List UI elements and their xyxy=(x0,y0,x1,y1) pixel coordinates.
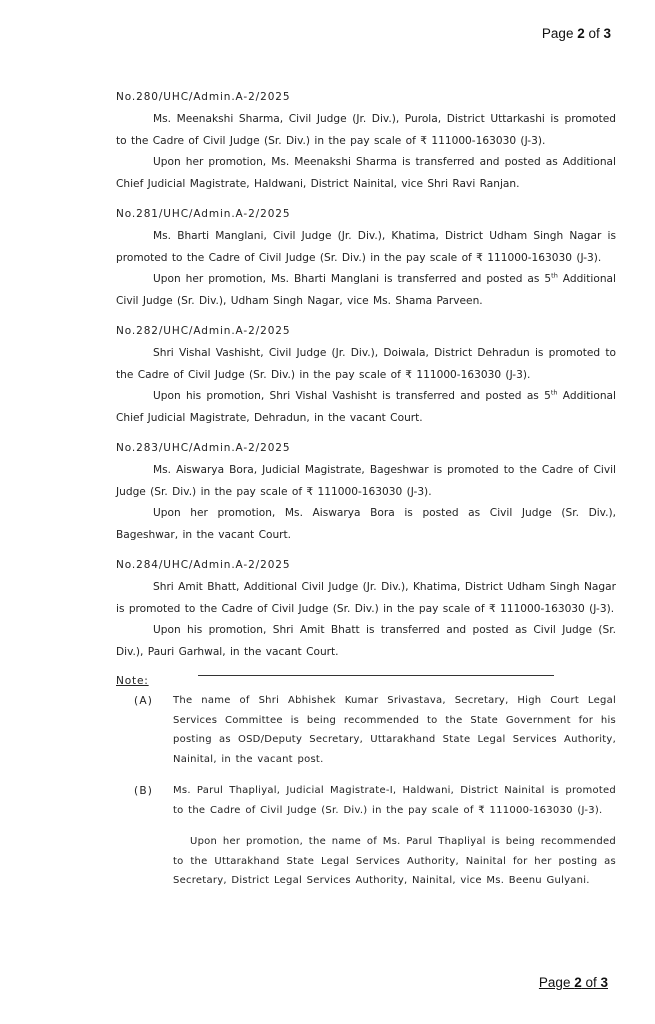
posting-paragraph: Upon his promotion, Shri Vishal Vashisht… xyxy=(116,386,616,429)
order-number: No.281/UHC/Admin.A-2/2025 xyxy=(116,205,616,223)
note-marker: (B) xyxy=(134,781,153,803)
page-total: 3 xyxy=(600,975,608,990)
order-number: No.283/UHC/Admin.A-2/2025 xyxy=(116,439,616,457)
posting-paragraph: Upon her promotion, Ms. Aiswarya Bora is… xyxy=(116,503,616,546)
document-body: No.280/UHC/Admin.A-2/2025 Ms. Meenakshi … xyxy=(116,88,616,891)
order-284: No.284/UHC/Admin.A-2/2025 Shri Amit Bhat… xyxy=(116,556,616,663)
promotion-paragraph: Ms. Meenakshi Sharma, Civil Judge (Jr. D… xyxy=(116,109,616,152)
order-number: No.282/UHC/Admin.A-2/2025 xyxy=(116,322,616,340)
page-of: of xyxy=(582,975,601,990)
note-subtext: Upon her promotion, the name of Ms. Paru… xyxy=(173,832,616,891)
ordinal-suffix: th xyxy=(551,271,558,279)
note-text: The name of Shri Abhishek Kumar Srivasta… xyxy=(173,691,616,769)
page-current: 2 xyxy=(577,26,585,41)
promotion-paragraph: Shri Amit Bhatt, Additional Civil Judge … xyxy=(116,577,616,620)
divider-line xyxy=(198,675,554,676)
posting-paragraph: Upon her promotion, Ms. Bharti Manglani … xyxy=(116,269,616,312)
note-text: Ms. Parul Thapliyal, Judicial Magistrate… xyxy=(173,781,616,820)
promotion-paragraph: Ms. Bharti Manglani, Civil Judge (Jr. Di… xyxy=(116,226,616,269)
posting-text: Upon her promotion, Ms. Bharti Manglani … xyxy=(153,273,551,285)
posting-text: Upon his promotion, Shri Vishal Vashisht… xyxy=(153,390,551,402)
posting-paragraph: Upon his promotion, Shri Amit Bhatt is t… xyxy=(116,620,616,663)
page-number-footer: Page 2 of 3 xyxy=(539,975,608,990)
page-label: Page xyxy=(539,975,574,990)
promotion-paragraph: Shri Vishal Vashisht, Civil Judge (Jr. D… xyxy=(116,343,616,386)
note-item-b: (B) Ms. Parul Thapliyal, Judicial Magist… xyxy=(116,781,616,820)
page-number-header: Page 2 of 3 xyxy=(542,26,611,41)
page-of: of xyxy=(585,26,604,41)
order-number: No.284/UHC/Admin.A-2/2025 xyxy=(116,556,616,574)
page-current: 2 xyxy=(574,975,582,990)
note-label: Note: xyxy=(116,675,149,687)
note-item-a: (A) The name of Shri Abhishek Kumar Sriv… xyxy=(116,691,616,769)
note-heading: Note: xyxy=(116,669,616,687)
order-282: No.282/UHC/Admin.A-2/2025 Shri Vishal Va… xyxy=(116,322,616,429)
order-283: No.283/UHC/Admin.A-2/2025 Ms. Aiswarya B… xyxy=(116,439,616,546)
posting-paragraph: Upon her promotion, Ms. Meenakshi Sharma… xyxy=(116,152,616,195)
page-total: 3 xyxy=(603,26,611,41)
order-280: No.280/UHC/Admin.A-2/2025 Ms. Meenakshi … xyxy=(116,88,616,195)
order-number: No.280/UHC/Admin.A-2/2025 xyxy=(116,88,616,106)
page-label: Page xyxy=(542,26,577,41)
note-item-b-continuation: Upon her promotion, the name of Ms. Paru… xyxy=(116,832,616,891)
note-marker: (A) xyxy=(134,691,153,713)
order-281: No.281/UHC/Admin.A-2/2025 Ms. Bharti Man… xyxy=(116,205,616,312)
ordinal-suffix: th xyxy=(551,388,558,396)
promotion-paragraph: Ms. Aiswarya Bora, Judicial Magistrate, … xyxy=(116,460,616,503)
